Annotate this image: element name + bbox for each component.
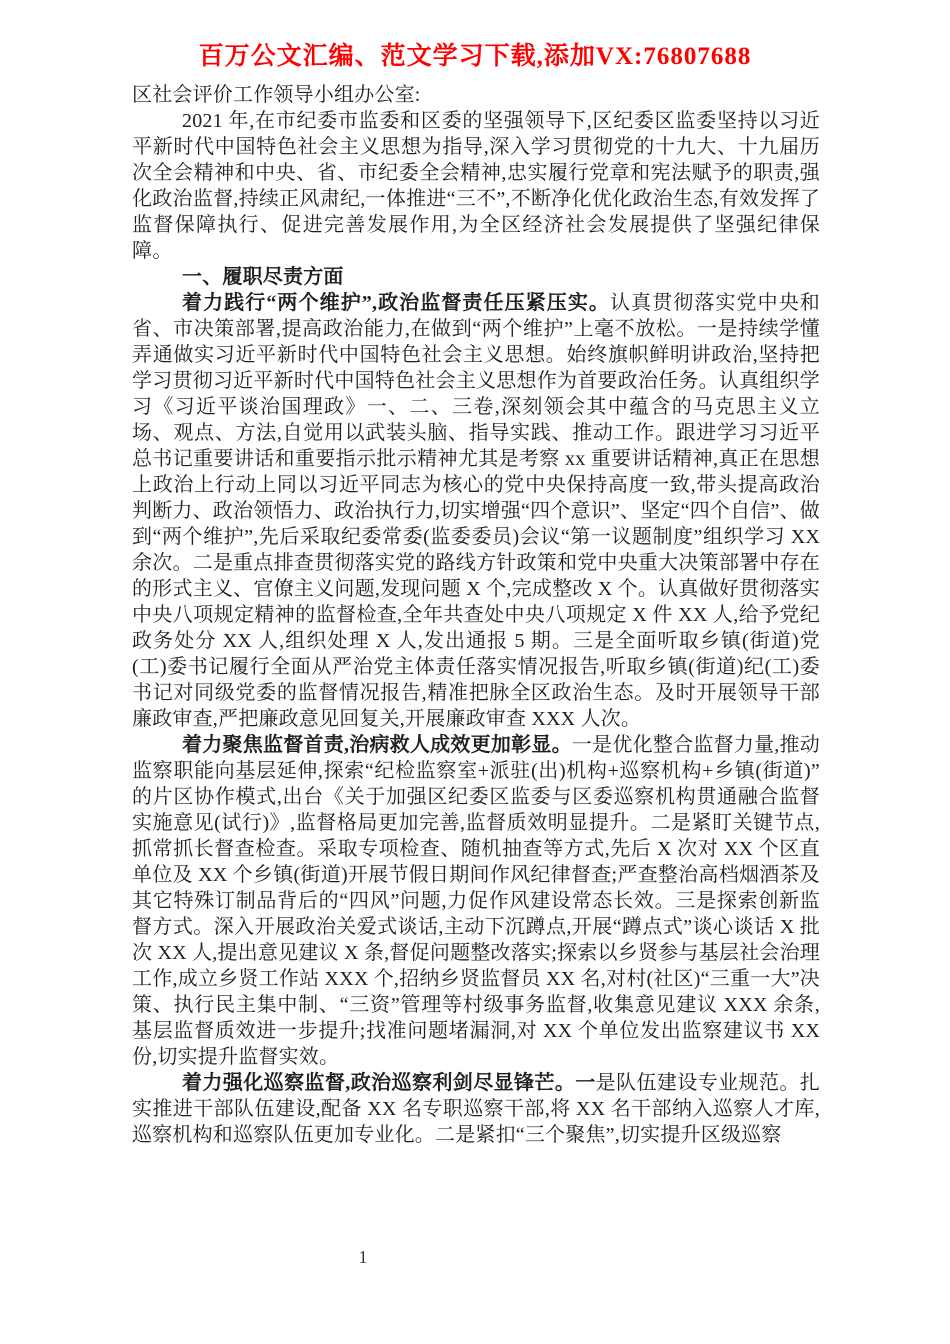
document-paragraphs: 2021 年,在市纪委市监委和区委的坚强领导下,区纪委区监委坚持以习近平新时代中… <box>132 108 820 1148</box>
page-number: 1 <box>352 1247 374 1267</box>
paragraph-lead-bold: 着力聚焦监督首责,治病救人成效更加彰显。 <box>182 734 572 756</box>
paragraph: 着力强化巡察监督,政治巡察利剑尽显锋芒。一是队伍建设专业规范。扎实推进干部队伍建… <box>132 1070 820 1148</box>
paragraph-text: 认真贯彻落实党中央和省、市决策部署,提高政治能力,在做到“两个维护”上毫不放松。… <box>132 292 820 730</box>
paragraph: 着力践行“两个维护”,政治监督责任压紧压实。认真贯彻落实党中央和省、市决策部署,… <box>132 290 820 732</box>
paragraph: 着力聚焦监督首责,治病救人成效更加彰显。一是优化整合监督力量,推动监察职能向基层… <box>132 732 820 1070</box>
paragraph-lead-bold: 着力强化巡察监督,政治巡察利剑尽显锋芒。一 <box>182 1072 596 1094</box>
document-page: 百万公文汇编、范文学习下载,添加VX:76807688 区社会评价工作领导小组办… <box>0 0 950 1344</box>
paragraph-text: 2021 年,在市纪委市监委和区委的坚强领导下,区纪委区监委坚持以习近平新时代中… <box>132 110 820 262</box>
salutation-line: 区社会评价工作领导小组办公室: <box>132 82 820 108</box>
section-heading: 一、履职尽责方面 <box>132 264 820 290</box>
paragraph: 2021 年,在市纪委市监委和区委的坚强领导下,区纪委区监委坚持以习近平新时代中… <box>132 108 820 264</box>
paragraph-lead-bold: 一、履职尽责方面 <box>182 266 344 288</box>
promo-header-text: 百万公文汇编、范文学习下载,添加VX:76807688 <box>0 42 950 72</box>
document-body: 区社会评价工作领导小组办公室: 2021 年,在市纪委市监委和区委的坚强领导下,… <box>132 82 820 1148</box>
paragraph-lead-bold: 着力践行“两个维护”,政治监督责任压紧压实。 <box>182 292 610 314</box>
paragraph-text: 一是优化整合监督力量,推动监察职能向基层延伸,探索“纪检监察室+派驻(出)机构+… <box>132 734 820 1068</box>
